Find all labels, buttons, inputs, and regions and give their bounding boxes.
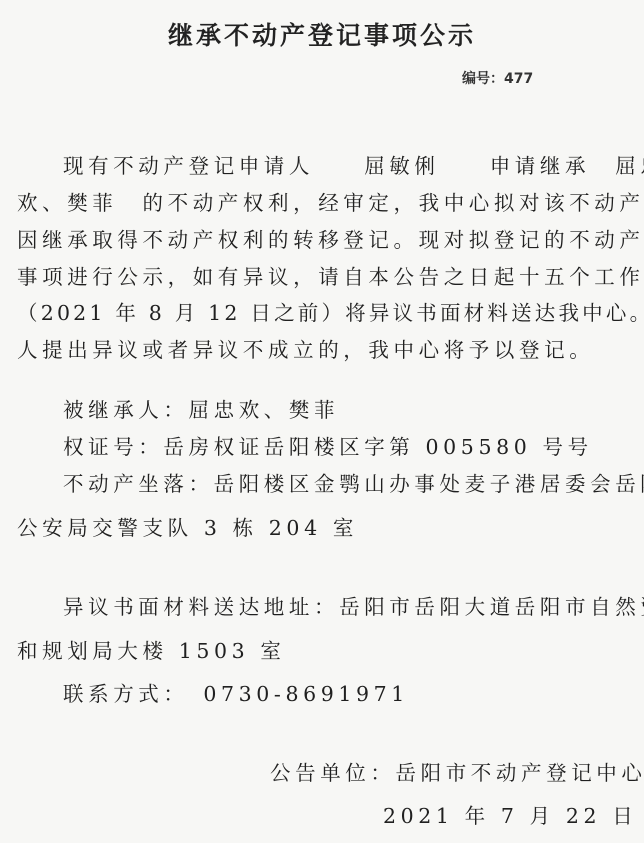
document-number: 编号：477 <box>462 68 533 88</box>
certificate-number-line: 权证号：岳房权证岳阳楼区字第 005580 号号 <box>63 434 593 460</box>
issue-date: 2021 年 7 月 22 日 <box>383 803 637 829</box>
decedent-line: 被继承人：屈忠欢、樊菲 <box>63 397 339 423</box>
contact-line: 联系方式： 0730-8691971 <box>63 681 409 707</box>
body-line-1: 现有不动产登记申请人 屈敏俐 申请继承 屈忠 <box>63 153 644 179</box>
issuer-line: 公告单位：岳阳市不动产登记中心 <box>270 760 644 786</box>
body-line-5: （2021 年 8 月 12 日之前）将异议书面材料送达我中心。逾期无 <box>17 300 644 326</box>
body-line-3: 因继承取得不动产权利的转移登记。现对拟登记的不动产登记 <box>17 227 644 253</box>
objection-address-line-2: 和规划局大楼 1503 室 <box>17 638 286 664</box>
body-line-2: 欢、樊菲 的不动产权利，经审定，我中心拟对该不动产办理 <box>17 190 644 216</box>
document-title: 继承不动产登记事项公示 <box>0 16 644 52</box>
body-line-6: 人提出异议或者异议不成立的，我中心将予以登记。 <box>17 337 594 363</box>
body-line-4: 事项进行公示，如有异议，请自本公告之日起十五个工作日内 <box>17 264 644 290</box>
property-location-line-2: 公安局交警支队 3 栋 204 室 <box>17 515 358 541</box>
property-location-line-1: 不动产坐落：岳阳楼区金鹗山办事处麦子港居委会岳阳市 <box>63 471 644 497</box>
objection-address-line-1: 异议书面材料送达地址：岳阳市岳阳大道岳阳市自然资源 <box>63 594 644 620</box>
